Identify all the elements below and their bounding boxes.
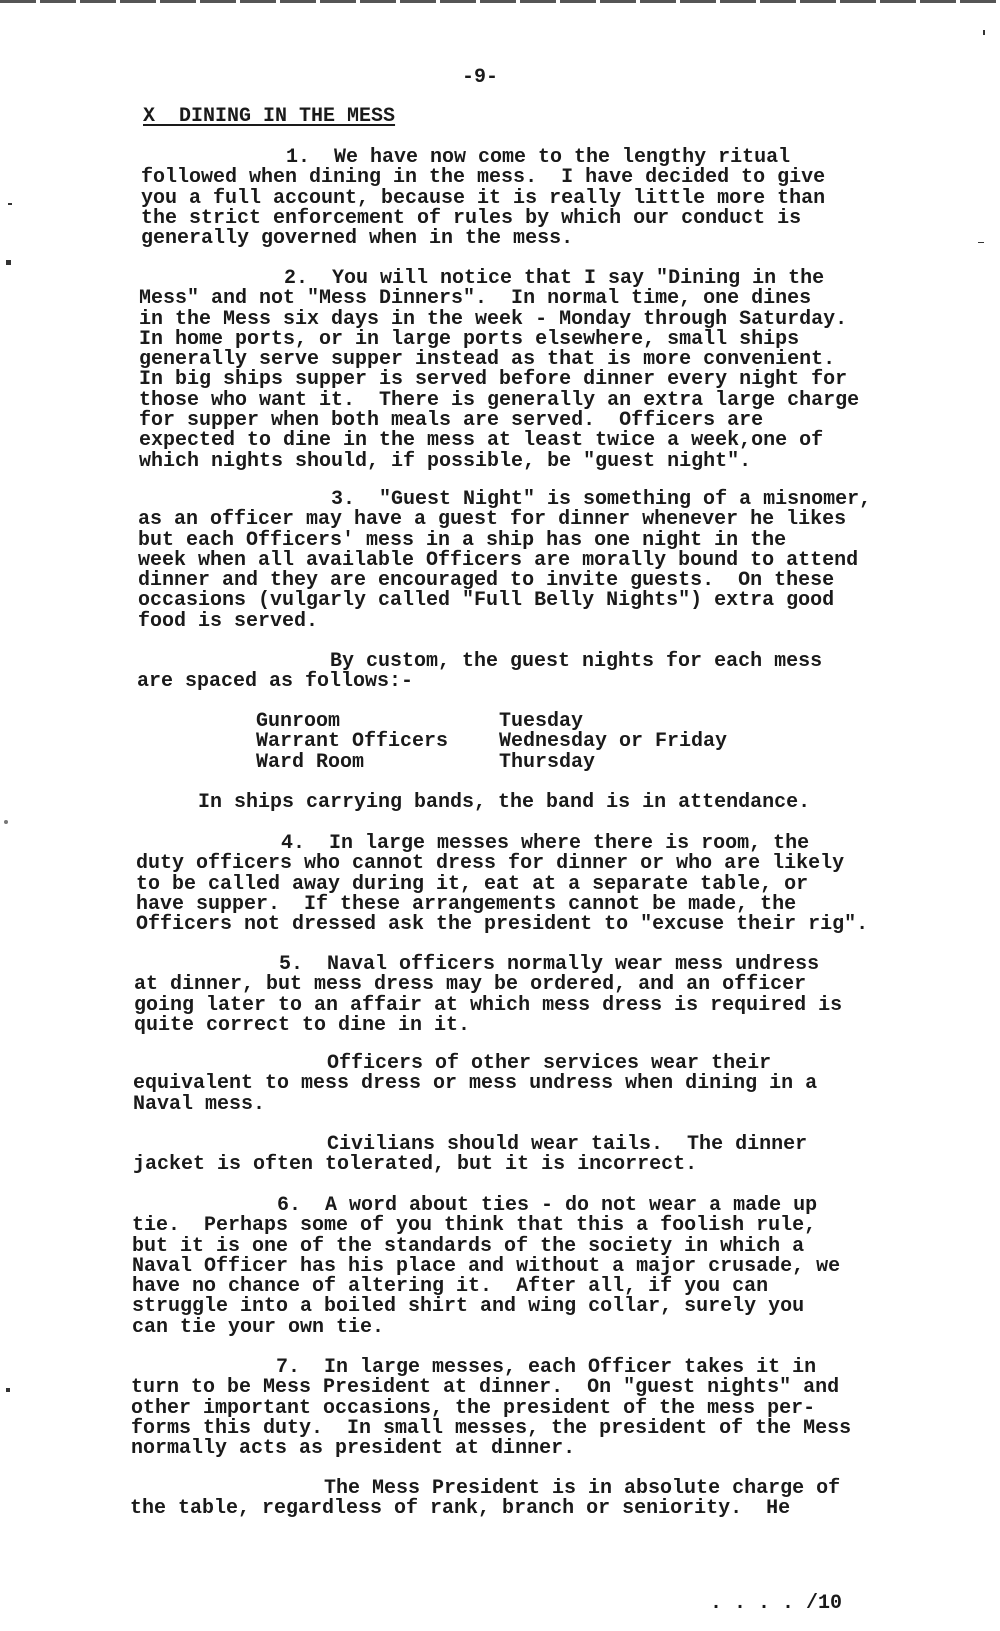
text-line: jacket is often tolerated, but it is inc…: [133, 1155, 807, 1175]
guest-night-day: Tuesday: [499, 712, 583, 732]
mess-name: Gunroom: [256, 712, 499, 732]
guest-night-row: GunroomTuesday: [256, 712, 727, 732]
paragraph-7: 7. In large messes, each Officer takes i…: [131, 1358, 851, 1459]
guest-night-day: Thursday: [499, 753, 595, 773]
text-line: food is served.: [138, 612, 871, 632]
text-line: going later to an affair at which mess d…: [134, 996, 842, 1016]
text-line: quite correct to dine in it.: [134, 1016, 842, 1036]
paragraph-5: 5. Naval officers normally wear mess und…: [134, 955, 842, 1036]
text-line: dinner and they are encouraged to invite…: [138, 571, 871, 591]
guest-night-row: Warrant OfficersWednesday or Friday: [256, 732, 727, 752]
paragraph-2: 2. You will notice that I say "Dining in…: [139, 269, 859, 472]
mess-name: Warrant Officers: [256, 732, 499, 752]
text-line: tie. Perhaps some of you think that this…: [132, 1216, 840, 1236]
paragraph-1: 1. We have now come to the lengthy ritua…: [141, 148, 825, 249]
text-line: the strict enforcement of rules by which…: [141, 209, 825, 229]
text-line: in the Mess six days in the week - Monda…: [139, 310, 859, 330]
paragraph-civilians: Civilians should wear tails. The dinnerj…: [133, 1135, 807, 1176]
margin-mark: [978, 242, 984, 243]
margin-mark: [6, 260, 11, 265]
paragraph-guest-nights-intro: By custom, the guest nights for each mes…: [137, 652, 822, 693]
paragraph-4: 4. In large messes where there is room, …: [136, 834, 868, 935]
text-line: which nights should, if possible, be "gu…: [139, 452, 859, 472]
text-line: you a full account, because it is really…: [141, 189, 825, 209]
text-line: struggle into a boiled shirt and wing co…: [132, 1297, 840, 1317]
section-heading: X DINING IN THE MESS: [143, 106, 395, 128]
text-line: Officers of other services wear their: [133, 1054, 817, 1074]
margin-mark: [4, 820, 8, 824]
text-line: other important occasions, the president…: [131, 1399, 851, 1419]
continuation-marker: . . . . /10: [710, 1592, 842, 1615]
guest-nights-table: GunroomTuesdayWarrant OfficersWednesday …: [256, 712, 727, 773]
text-line: The Mess President is in absolute charge…: [130, 1479, 840, 1499]
text-line: normally acts as president at dinner.: [131, 1439, 851, 1459]
text-line: In ships carrying bands, the band is in …: [198, 793, 810, 813]
mess-name: Ward Room: [256, 753, 499, 773]
text-line: those who want it. There is generally an…: [139, 391, 859, 411]
paragraph-3: 3. "Guest Night" is something of a misno…: [138, 490, 871, 632]
text-line: Mess" and not "Mess Dinners". In normal …: [139, 289, 859, 309]
text-line: at dinner, but mess dress may be ordered…: [134, 975, 842, 995]
text-line: followed when dining in the mess. I have…: [141, 168, 825, 188]
text-line: forms this duty. In small messes, the pr…: [131, 1419, 851, 1439]
text-line: 6. A word about ties - do not wear a mad…: [132, 1196, 840, 1216]
text-line: expected to dine in the mess at least tw…: [139, 431, 859, 451]
text-line: 3. "Guest Night" is something of a misno…: [138, 490, 871, 510]
text-line: as an officer may have a guest for dinne…: [138, 510, 871, 530]
margin-mark: [8, 203, 12, 205]
paragraph-mess-president: The Mess President is in absolute charge…: [130, 1479, 840, 1520]
text-line: Naval Officer has his place and without …: [132, 1257, 840, 1277]
text-line: but it is one of the standards of the so…: [132, 1237, 840, 1257]
guest-night-day: Wednesday or Friday: [499, 732, 727, 752]
text-line: 7. In large messes, each Officer takes i…: [131, 1358, 851, 1378]
margin-mark: [6, 1388, 10, 1392]
text-line: generally governed when in the mess.: [141, 229, 825, 249]
text-line: By custom, the guest nights for each mes…: [137, 652, 822, 672]
margin-mark: [983, 30, 985, 35]
paragraph-6: 6. A word about ties - do not wear a mad…: [132, 1196, 840, 1338]
text-line: 4. In large messes where there is room, …: [136, 834, 868, 854]
text-line: Officers not dressed ask the president t…: [136, 915, 868, 935]
text-line: generally serve supper instead as that i…: [139, 350, 859, 370]
text-line: Civilians should wear tails. The dinner: [133, 1135, 807, 1155]
top-page-edge: [0, 0, 1000, 3]
text-line: are spaced as follows:-: [137, 672, 822, 692]
text-line: In home ports, or in large ports elsewhe…: [139, 330, 859, 350]
text-line: occasions (vulgarly called "Full Belly N…: [138, 591, 871, 611]
text-line: Naval mess.: [133, 1095, 817, 1115]
text-line: to be called away during it, eat at a se…: [136, 875, 868, 895]
text-line: but each Officers' mess in a ship has on…: [138, 531, 871, 551]
text-line: can tie your own tie.: [132, 1318, 840, 1338]
text-line: week when all available Officers are mor…: [138, 551, 871, 571]
text-line: In big ships supper is served before din…: [139, 370, 859, 390]
paragraph-band: In ships carrying bands, the band is in …: [198, 793, 810, 813]
text-line: duty officers who cannot dress for dinne…: [136, 854, 868, 874]
text-line: have no chance of altering it. After all…: [132, 1277, 840, 1297]
text-line: have supper. If these arrangements canno…: [136, 895, 868, 915]
text-line: equivalent to mess dress or mess undress…: [133, 1074, 817, 1094]
page-number: -9-: [0, 66, 960, 89]
text-line: 1. We have now come to the lengthy ritua…: [141, 148, 825, 168]
text-line: for supper when both meals are served. O…: [139, 411, 859, 431]
guest-night-row: Ward RoomThursday: [256, 753, 727, 773]
text-line: the table, regardless of rank, branch or…: [130, 1499, 840, 1519]
text-line: 5. Naval officers normally wear mess und…: [134, 955, 842, 975]
text-line: turn to be Mess President at dinner. On …: [131, 1378, 851, 1398]
paragraph-other-services: Officers of other services wear theirequ…: [133, 1054, 817, 1115]
text-line: 2. You will notice that I say "Dining in…: [139, 269, 859, 289]
